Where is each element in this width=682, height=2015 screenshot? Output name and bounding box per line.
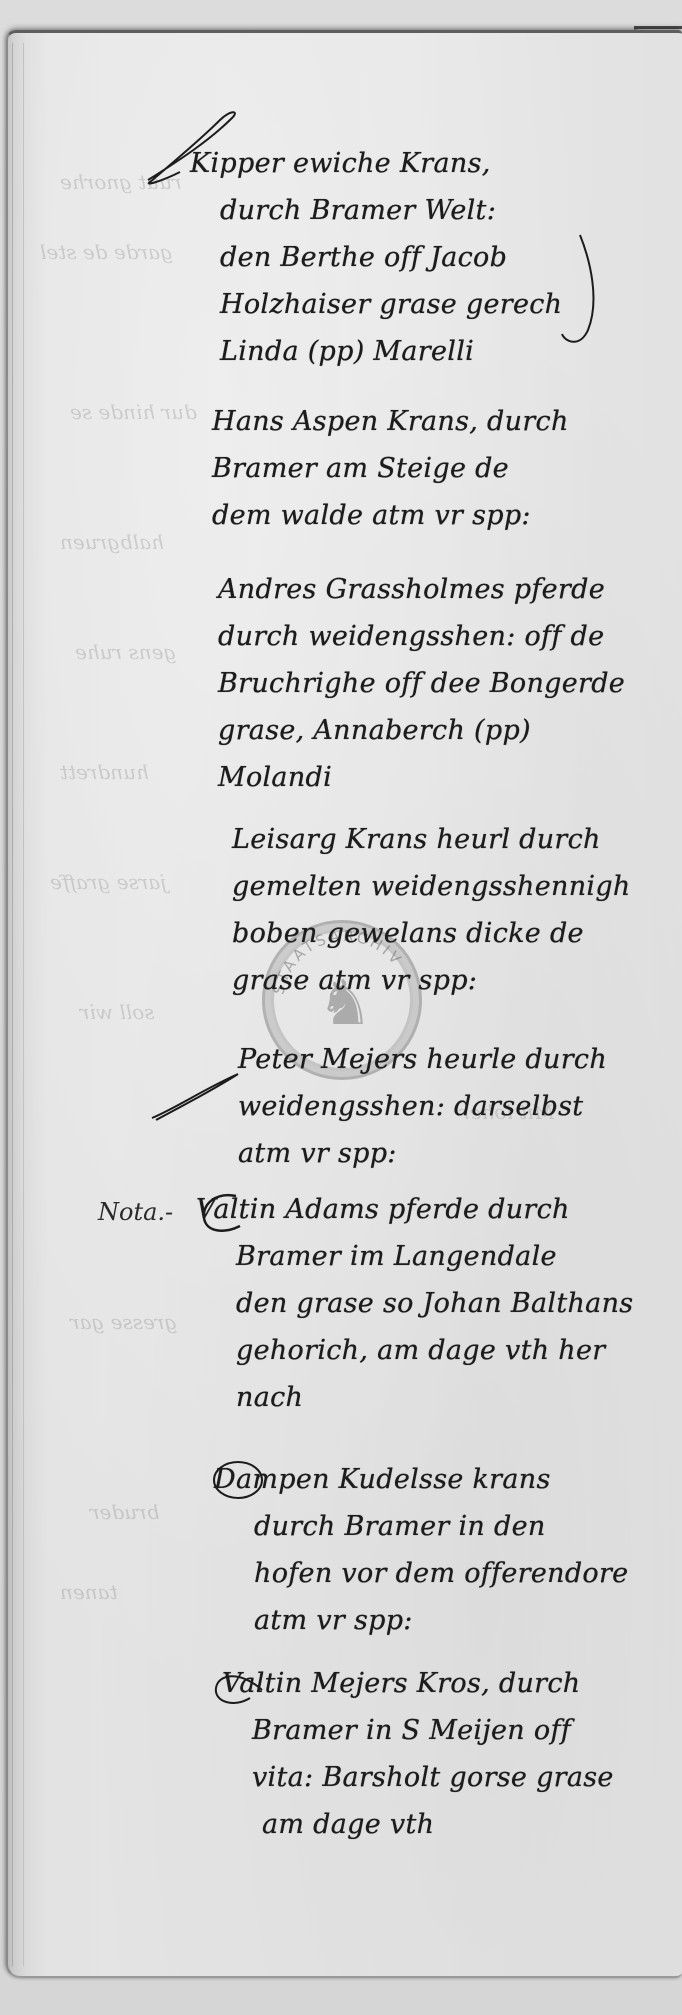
entry-line: Molandi [218, 754, 625, 801]
entry-line: den Berthe off Jacob [220, 234, 562, 281]
entry-line: dem walde atm vr spp: [212, 492, 569, 539]
entry-line: durch Bramer in den [254, 1503, 628, 1550]
entry-line: Kipper ewiche Krans, [190, 140, 562, 187]
entry-line: Peter Mejers heurle durch [238, 1036, 607, 1083]
entry-line: Andres Grassholmes pferde [218, 566, 625, 613]
register-entry: Hans Aspen Krans, durch Bramer am Steige… [212, 398, 569, 539]
entry-line: Bruchrighe off dee Bongerde [218, 660, 625, 707]
register-entry: Dampen Kudelsse krans durch Bramer in de… [214, 1456, 628, 1644]
entry-line: Holzhaiser grase gerech [220, 281, 562, 328]
entry-line: atm vr spp: [238, 1130, 607, 1177]
register-entry: Peter Mejers heurle durch weidengsshen: … [238, 1036, 607, 1177]
entry-line: Hans Aspen Krans, durch [212, 398, 569, 445]
scanned-document: ruut gnorhe garde de stel dur hinde se h… [0, 0, 682, 2015]
entry-line: nach [236, 1374, 633, 1421]
entry-line: Leisarg Krans heurl durch [232, 816, 631, 863]
margin-note: Nota.- [98, 1198, 173, 1226]
entry-line: den grase so Johan Balthans [236, 1280, 633, 1327]
entry-line: Bramer in S Meijen off [252, 1707, 614, 1754]
register-entry: Kipper ewiche Krans, durch Bramer Welt: … [190, 140, 562, 375]
entry-line: Dampen Kudelsse krans [214, 1456, 628, 1503]
entry-line: Valtin Mejers Kros, durch [222, 1660, 614, 1707]
register-entry: Andres Grassholmes pferde durch weidengs… [218, 566, 625, 801]
entry-line: Bramer im Langendale [236, 1233, 633, 1280]
entry-line: atm vr spp: [254, 1597, 628, 1644]
entry-line: grase, Annaberch (pp) [218, 707, 625, 754]
register-entry: Leisarg Krans heurl durch gemelten weide… [232, 816, 631, 1004]
entry-line: weidengsshen: darselbst [238, 1083, 607, 1130]
entry-line: gemelten weidengsshennigh [232, 863, 631, 910]
entry-line: Valtin Adams pferde durch [196, 1186, 633, 1233]
register-entry: Valtin Adams pferde durch Bramer im Lang… [196, 1186, 633, 1421]
entry-line: grase atm vr spp: [232, 957, 631, 1004]
register-entry: Valtin Mejers Kros, durch Bramer in S Me… [222, 1660, 614, 1848]
entry-line: durch weidengsshen: off de [218, 613, 625, 660]
entry-line: hofen vor dem offerendore [254, 1550, 628, 1597]
entry-line: vita: Barsholt gorse grase [252, 1754, 614, 1801]
entry-line: Bramer am Steige de [212, 445, 569, 492]
entry-line: am dage vth [262, 1801, 614, 1848]
entry-line: gehorich, am dage vth her [236, 1327, 633, 1374]
entry-line: durch Bramer Welt: [220, 187, 562, 234]
entry-line: Linda (pp) Marelli [220, 328, 562, 375]
entry-line: boben gewelans dicke de [232, 910, 631, 957]
